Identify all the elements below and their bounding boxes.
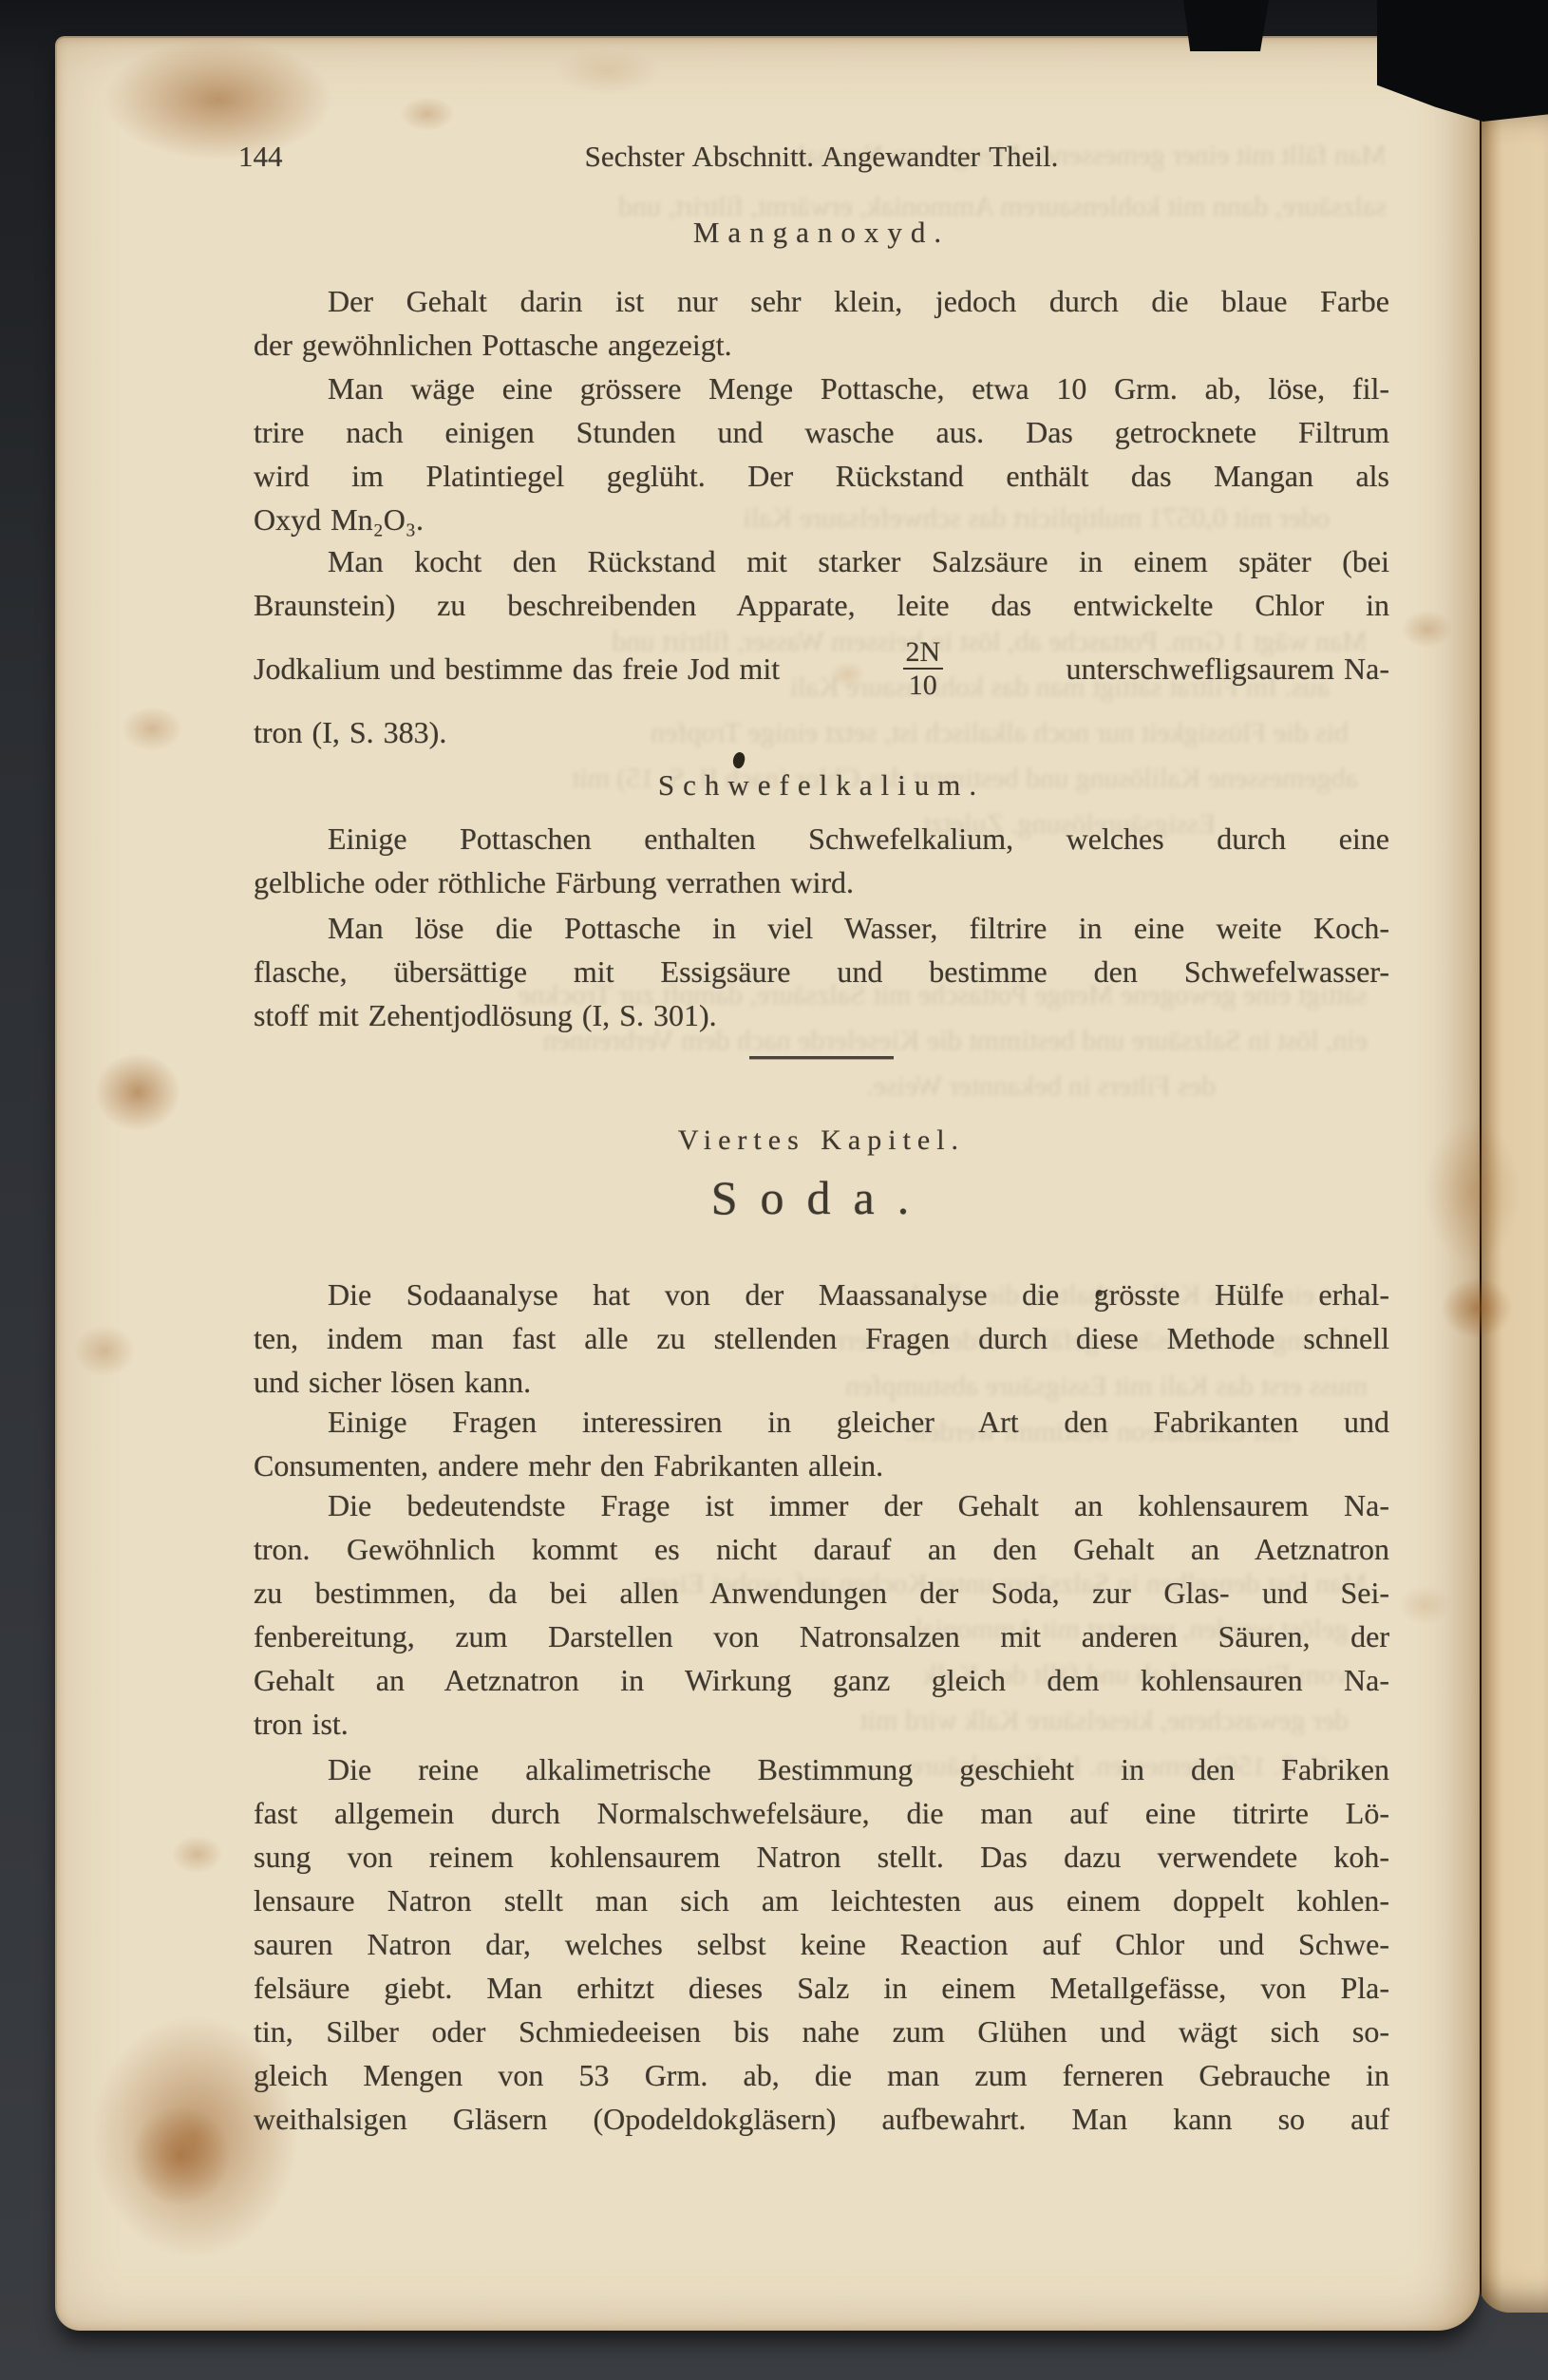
text-line: Einige Fragen interessiren in gleicher A… [254, 1400, 1389, 1444]
paragraph: Der Gehalt darin ist nur sehr klein, jed… [254, 279, 1389, 367]
text-line: ten, indem man fast alle zu stellenden F… [254, 1316, 1389, 1360]
text-line: fenbereitung, zum Darstellen von Natrons… [254, 1615, 1389, 1658]
text-line: lensaure Natron stellt man sich am leich… [254, 1879, 1389, 1922]
stain [161, 1828, 233, 1880]
stain [1391, 603, 1463, 655]
chapter-kicker: Viertes Kapitel. [254, 1119, 1389, 1162]
next-page-edge [1478, 104, 1548, 2313]
text-line: weithalsigen Gläsern (Opodeldokgläsern) … [254, 2097, 1389, 2141]
text-line: wird im Platintiegel geglüht. Der Rückst… [254, 454, 1389, 498]
paragraph: Einige Pottaschen enthalten Schwefelkali… [254, 817, 1389, 904]
book-scan: Man fällt mit einer gemessenen Menge von… [0, 0, 1548, 2380]
paragraph: Die reine alkalimetrische Bestimmung ges… [254, 1747, 1389, 2141]
binding-clip-shadow [1183, 0, 1269, 51]
text-line: flasche, übersättige mit Essigsäure und … [254, 950, 1389, 993]
running-header-title: Sechster Abschnitt. Angewandter Theil. [254, 135, 1389, 179]
text-line: Man kocht den Rückstand mit starker Salz… [254, 539, 1389, 583]
paragraph: Einige Fragen interessiren in gleicher A… [254, 1400, 1389, 1487]
text-line: Man löse die Pottasche in viel Wasser, f… [254, 906, 1389, 950]
stain [81, 1040, 195, 1144]
text-line: Die bedeutendste Frage ist immer der Geh… [254, 1483, 1389, 1527]
book-page: Man fällt mit einer gemessenen Menge von… [55, 36, 1480, 2331]
section-heading-manganoxyd: Manganoxyd. [254, 211, 1389, 255]
text-line: zu bestimmen, da bei allen Anwendungen d… [254, 1571, 1389, 1615]
text-line: Die reine alkalimetrische Bestimmung ges… [254, 1747, 1389, 1791]
text-line: tron (I, S. 383). [254, 710, 1389, 754]
text-line-with-fraction: Jodkalium und bestimme das freie Jod mit… [254, 627, 1389, 710]
text-line: Braunstein) zu beschreibenden Apparate, … [254, 583, 1389, 627]
stain [1387, 1577, 1463, 1634]
stain [109, 698, 195, 760]
text-line: stoff mit Zehentjodlösung (I, S. 301). [254, 993, 1389, 1037]
text-line: Oxyd Mn₂O₃. [254, 498, 1389, 541]
fraction-denominator: 10 [903, 668, 943, 701]
fraction-numerator: 2N [903, 637, 942, 668]
paragraph: Man löse die Pottasche in viel Wasser, f… [254, 906, 1389, 1037]
paragraph: Man wäge eine grössere Menge Pottasche, … [254, 367, 1389, 541]
text-line: fast allgemein durch Normalschwefelsäure… [254, 1791, 1389, 1835]
text-line: Gehalt an Aetznatron in Wirkung ganz gle… [254, 1658, 1389, 1702]
text-line: gleich Mengen von 53 Grm. ab, die man zu… [254, 2053, 1389, 2097]
text-column: 144 Sechster Abschnitt. Angewandter Thei… [254, 38, 1389, 2331]
fraction-pre-text: Jodkalium und bestimme das freie Jod mit [254, 647, 780, 690]
running-header: 144 Sechster Abschnitt. Angewandter Thei… [254, 135, 1389, 179]
text-line: felsäure giebt. Man erhitzt dieses Salz … [254, 1966, 1389, 2010]
fraction-post-text: unterschwefligsaurem Na- [1066, 647, 1389, 690]
text-line: tin, Silber oder Schmiedeeisen bis nahe … [254, 2010, 1389, 2053]
text-line: tron ist. [254, 1702, 1389, 1746]
text-line: sung von reinem kohlensaurem Natron stel… [254, 1835, 1389, 1879]
text-line: tron. Gewöhnlich kommt es nicht darauf a… [254, 1527, 1389, 1571]
text-line: Consumenten, andere mehr den Fabrikanten… [254, 1444, 1389, 1487]
page-number: 144 [238, 135, 283, 179]
paragraph: Die bedeutendste Frage ist immer der Geh… [254, 1483, 1389, 1746]
stain [114, 2089, 247, 2222]
text-line: und sicher lösen kann. [254, 1360, 1389, 1404]
ink-dot [1096, 1290, 1103, 1296]
paragraph: Man kocht den Rückstand mit starker Salz… [254, 539, 1389, 754]
chapter-title: Soda. [254, 1176, 1389, 1219]
paragraph: Die Sodaanalyse hat von der Maassanalyse… [254, 1273, 1389, 1404]
text-line: Die Sodaanalyse hat von der Maassanalyse… [254, 1273, 1389, 1316]
chapter-divider-rule [749, 1056, 894, 1059]
text-line: der gewöhnlichen Pottasche angezeigt. [254, 323, 1389, 367]
stain [62, 1315, 147, 1387]
section-heading-schwefelkalium: Schwefelkalium. [254, 764, 1389, 807]
text-line: trire nach einigen Stunden und wasche au… [254, 410, 1389, 454]
fraction: 2N 10 [903, 637, 943, 700]
text-line: Der Gehalt darin ist nur sehr klein, jed… [254, 279, 1389, 323]
text-line: Man wäge eine grössere Menge Pottasche, … [254, 367, 1389, 410]
text-line: Einige Pottaschen enthalten Schwefelkali… [254, 817, 1389, 860]
text-line: sauren Natron dar, welches selbst keine … [254, 1922, 1389, 1966]
text-line: gelbliche oder röthliche Färbung verrath… [254, 860, 1389, 904]
